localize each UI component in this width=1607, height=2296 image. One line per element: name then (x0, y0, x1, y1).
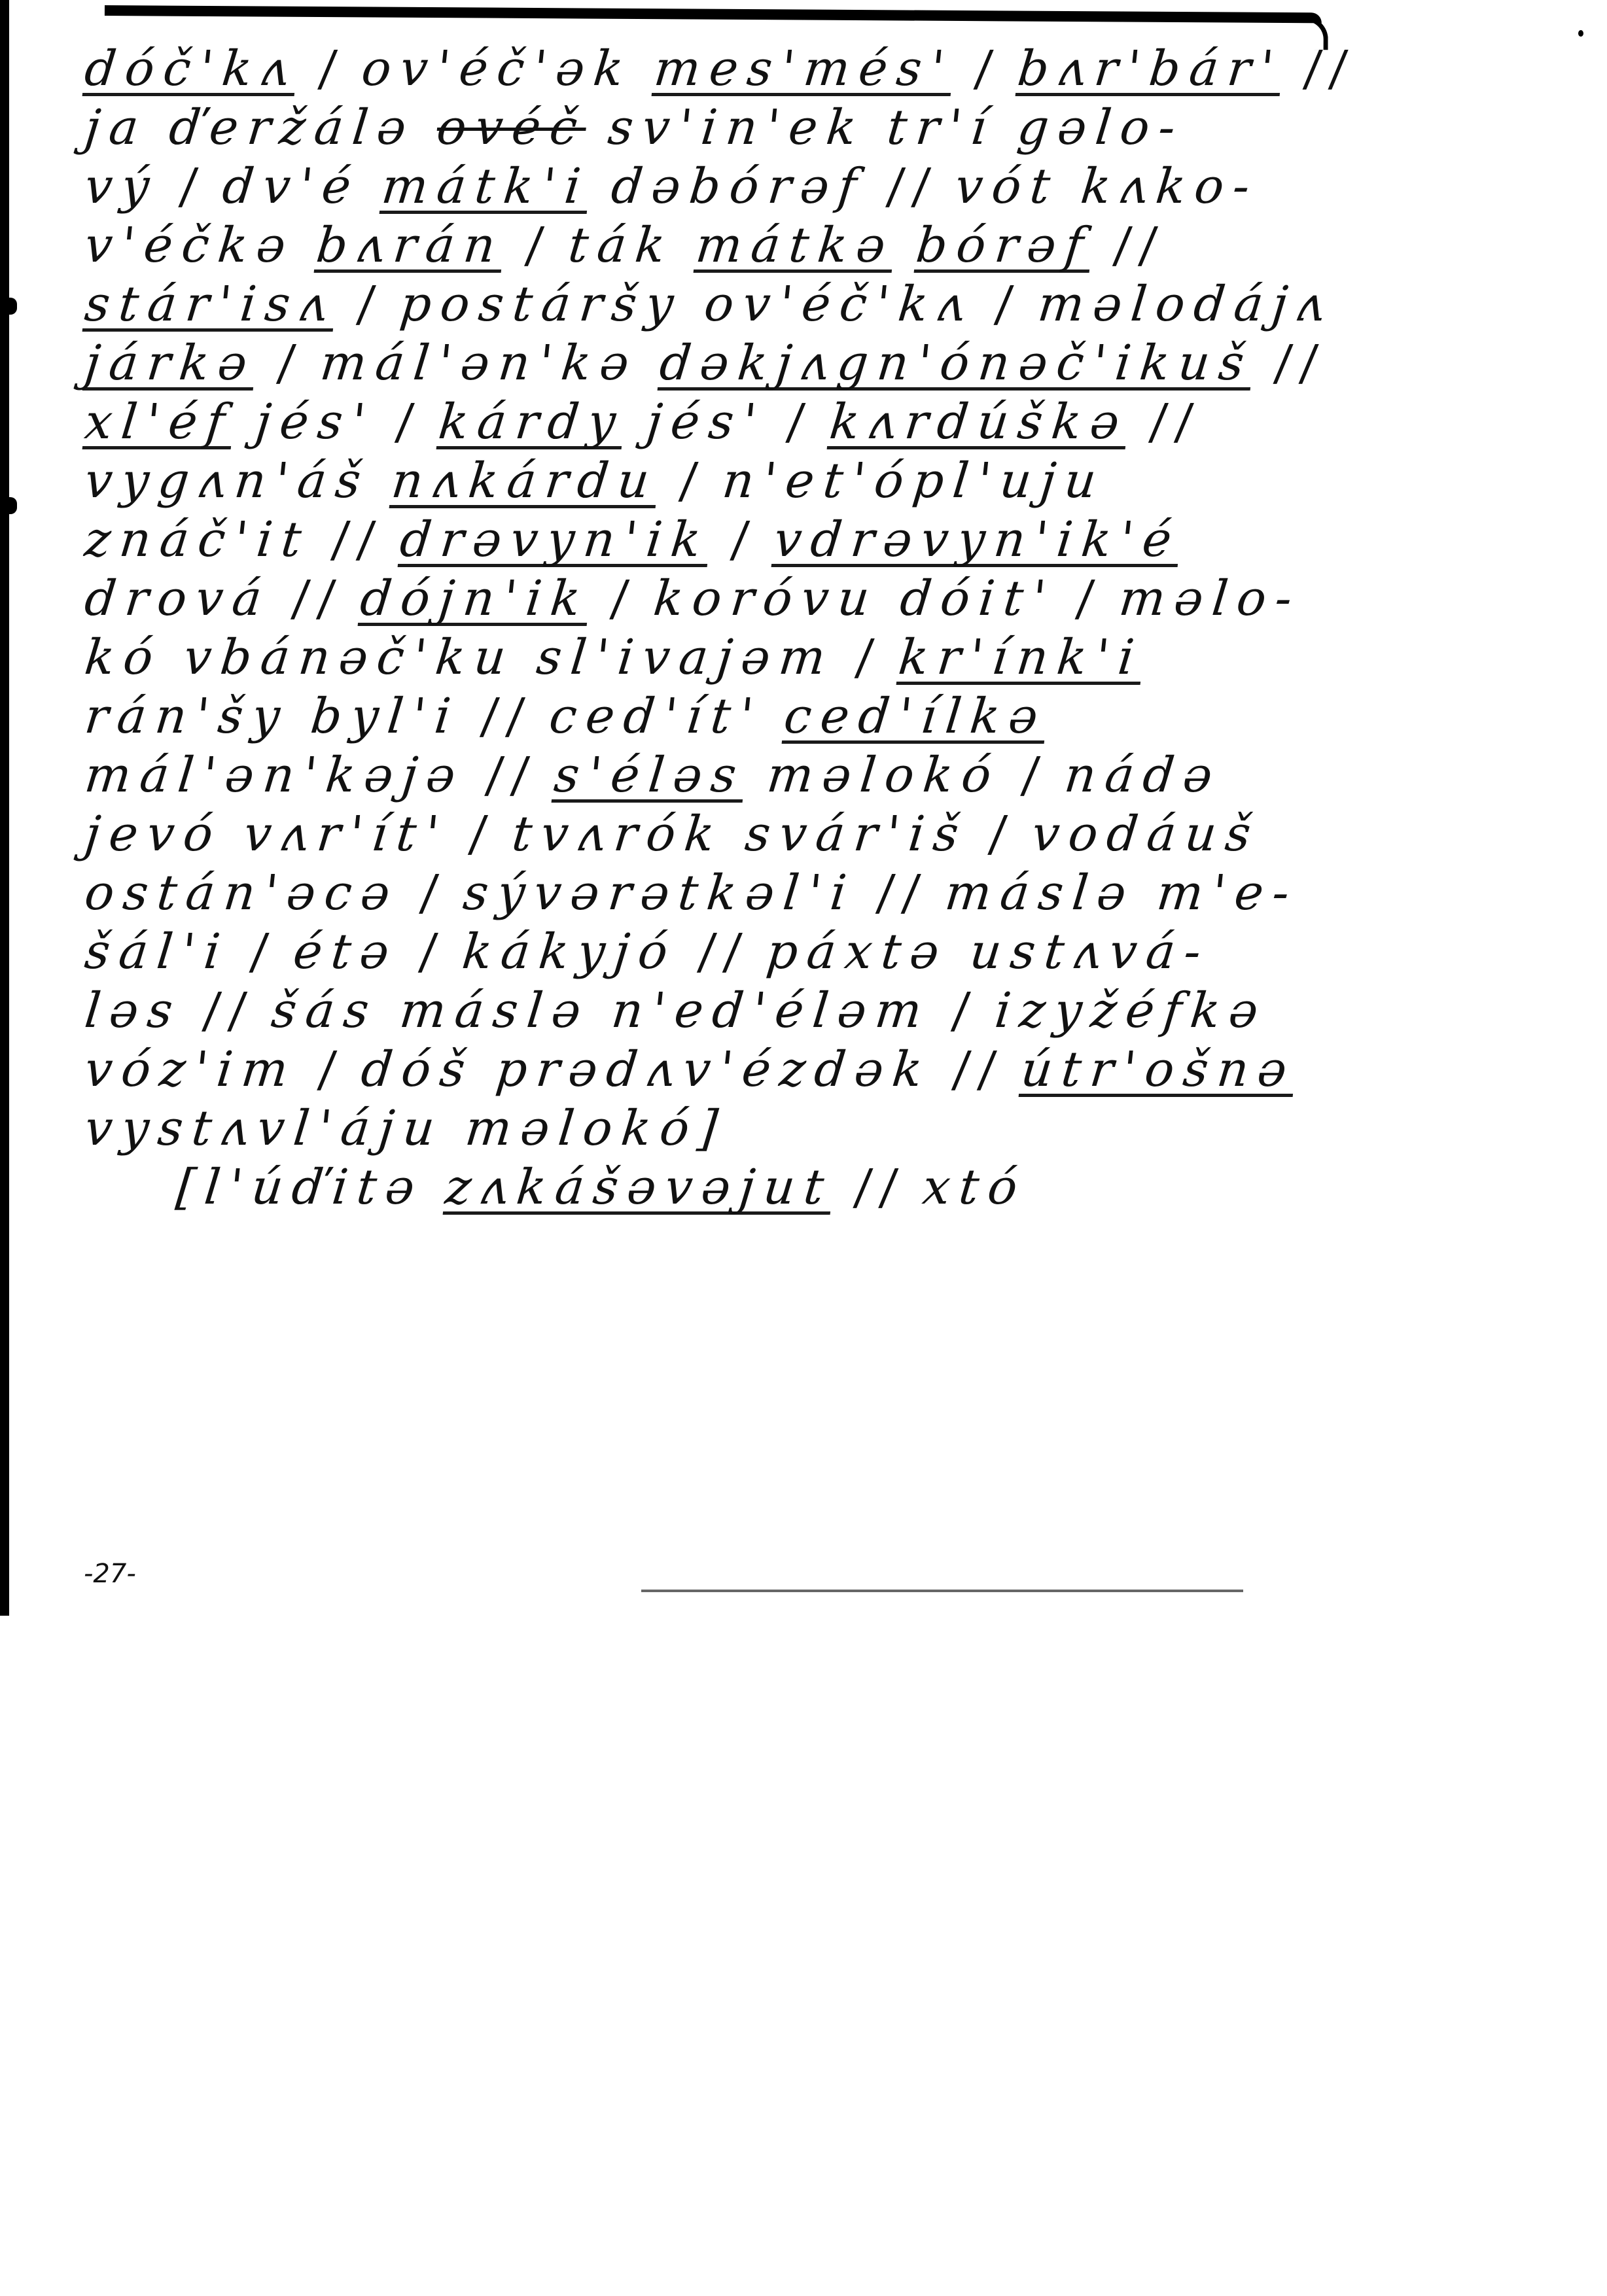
word: dóit' (898, 569, 1058, 628)
phrase-separator: // (885, 157, 942, 216)
word: məlo- (1116, 569, 1304, 628)
word: m'e- (1154, 863, 1301, 922)
underlined-word: bʌr'bár' (1015, 44, 1284, 96)
phrase-separator: // (950, 1040, 1007, 1099)
handwritten-transcription: dóč'kʌ/ov'éč'əkmes'més'/bʌr'bár'//jaďerž… (85, 39, 1328, 1217)
word-separator: / (275, 334, 306, 392)
word: n'et'ópl'uju (720, 451, 1108, 510)
word: vystʌvl'áju (82, 1099, 446, 1158)
word: svár'iš (743, 805, 971, 863)
underlined-word: zʌkášəvəjut (443, 1163, 836, 1215)
word-separator: / (523, 216, 555, 275)
underlined-word: bʌrán (314, 221, 507, 273)
scan-border-top (105, 5, 1322, 23)
text-line: kóvbánəč'kusl'ivajəm/kr'ínk'i (82, 628, 1331, 687)
text-line: dóč'kʌ/ov'éč'əkmes'més'/bʌr'bár'// (82, 39, 1331, 98)
word: nádə (1062, 746, 1224, 805)
word: sývərətkəl'i (461, 863, 858, 922)
word-separator: / (417, 922, 448, 981)
word: vót (953, 157, 1063, 216)
scan-speck (1578, 30, 1583, 37)
word: v'éčkə (82, 216, 297, 275)
phrase-separator: // (696, 922, 752, 981)
word-separator: / (677, 451, 709, 510)
underlined-word: stár'isʌ (82, 280, 338, 332)
scan-border-notch (7, 298, 17, 315)
text-line: jaďeržáləovéčsv'in'ektr'ígəlo- (82, 98, 1331, 157)
scan-border-left (0, 0, 9, 1616)
phrase-separator: // (201, 981, 258, 1040)
word: kó (82, 628, 165, 687)
word: məlokó (764, 746, 1003, 805)
word-separator: / (418, 863, 450, 922)
text-line: v'éčkəbʌrán/tákmátkəbórəf// (82, 216, 1331, 275)
underlined-word: mes'més' (652, 44, 956, 96)
phrase-separator: // (1272, 334, 1329, 392)
phrase-separator: // (329, 510, 386, 569)
word: vygʌn'áš (82, 451, 372, 510)
word: jevó (82, 805, 225, 863)
word: dóš (359, 1040, 477, 1099)
word-separator: / (972, 39, 1004, 98)
word: máslə (942, 863, 1138, 922)
underlined-word: dəkjʌgn'ónəč'ikuš (657, 339, 1255, 391)
word-separator: / (316, 1040, 347, 1099)
word: vbánəč'ku (181, 628, 518, 687)
word: étə (291, 922, 401, 981)
underlined-word: kʌrdúškə (827, 398, 1131, 449)
word: gəlo- (1015, 98, 1188, 157)
word-separator: / (949, 981, 981, 1040)
word: dv'é (220, 157, 363, 216)
text-line: ostán'əcə/sývərətkəl'i//másləm'e- (82, 863, 1331, 922)
text-line: stár'isʌ/postáršyov'éč'kʌ/məlodájʌ (82, 275, 1331, 334)
word-separator: / (177, 157, 209, 216)
phrase-separator: // (484, 746, 540, 805)
phrase-separator: // (1147, 392, 1204, 451)
phrase-separator: // (290, 569, 347, 628)
word: prədʌv'ézdək (493, 1040, 934, 1099)
underlined-word: dóč'kʌ (82, 44, 300, 96)
word: sl'ivajəm (534, 628, 838, 687)
word: rán'šy (82, 687, 292, 746)
word: ov'éč'ək (359, 39, 635, 98)
word: páxtə (764, 922, 951, 981)
word: koróvu (651, 569, 881, 628)
text-line: šál'i/étə/kákyjó//páxtəustʌvá- (82, 922, 1331, 981)
underlined-word: kárdy (436, 398, 627, 449)
word-separator: / (729, 510, 760, 569)
text-line: znáč'it//drəvyn'ik/vdrəvyn'ik'é (82, 510, 1331, 569)
page-number: -27- (84, 1559, 136, 1589)
word-separator: / (317, 39, 348, 98)
word: dəbórəf (609, 157, 868, 216)
word-separator: / (987, 805, 1018, 863)
word: znáč'it (82, 510, 313, 569)
underlined-word: mátk'i (379, 162, 592, 214)
word: xtó (920, 1158, 1029, 1217)
phrase-separator: // (1111, 216, 1168, 275)
text-line: xl'éfjés'/kárdyjés'/kʌrdúškə// (82, 392, 1331, 451)
word: ced'ít' (546, 687, 765, 746)
word: ustʌvá- (967, 922, 1213, 981)
word: postáršy (397, 275, 685, 334)
bottom-rule (641, 1590, 1243, 1592)
text-line: [l'úďitəzʌkášəvəjut//xtó (82, 1158, 1331, 1217)
text-line: ləs//šásmáslən'ed'éləm/izyžéfkə (82, 981, 1331, 1040)
underlined-word: mátkə (694, 221, 897, 273)
word: máslə (397, 981, 593, 1040)
word: ďeržálə (166, 98, 418, 157)
underlined-word: dójn'ik (358, 574, 592, 626)
word: sv'in'ek (605, 98, 868, 157)
word: tvʌrók (509, 805, 726, 863)
word-separator: / (853, 628, 885, 687)
word: ták (566, 216, 677, 275)
underlined-word: kr'ínk'i (896, 633, 1145, 685)
word-separator: / (785, 392, 816, 451)
underlined-word: vdrəvyn'ik'é (771, 515, 1183, 567)
word: mál'ən'kə (317, 334, 641, 392)
phrase-separator: // (874, 863, 931, 922)
word: ov'éč'kʌ (701, 275, 976, 334)
word: byl'i (308, 687, 463, 746)
text-line: járkə/mál'ən'kədəkjʌgn'ónəč'ikuš// (82, 334, 1331, 392)
underlined-word: útr'ošnə (1018, 1045, 1298, 1097)
word: ostán'əcə (82, 863, 402, 922)
phrase-separator: // (478, 687, 535, 746)
word-separator: / (1019, 746, 1051, 805)
phrase-separator: // (852, 1158, 909, 1217)
word-separator: / (609, 569, 640, 628)
word: izyžéfkə (992, 981, 1270, 1040)
word: mál'ən'kəjə (82, 746, 467, 805)
text-line: jevóvʌr'ít'/tvʌróksvár'iš/vodáuš (82, 805, 1331, 863)
text-line: vóz'im/dóšprədʌv'ézdək//útr'ošnə (82, 1040, 1331, 1099)
word: vodáuš (1029, 805, 1263, 863)
word: məlokó] (463, 1099, 730, 1158)
text-line: drová//dójn'ik/koróvudóit'/məlo- (82, 569, 1331, 628)
word: jés' (644, 392, 769, 451)
underlined-word: nʌkárdu (389, 457, 660, 508)
underlined-word: ced'ílkə (781, 692, 1049, 744)
word: šál'i (82, 922, 232, 981)
text-line: rán'šybyl'i//ced'ít'ced'ílkə (82, 687, 1331, 746)
word-separator: / (993, 275, 1024, 334)
word: šás (269, 981, 381, 1040)
text-line: vý/dv'émátk'idəbórəf//vótkʌko- (82, 157, 1331, 216)
word: məlodájʌ (1035, 275, 1336, 334)
phrase-separator: // (1301, 39, 1358, 98)
word: jés' (253, 392, 378, 451)
word: vóz'im (82, 1040, 300, 1099)
scan-border-notch (7, 497, 17, 514)
text-line: mál'ən'kəjə//s'éləsməlokó/nádə (82, 746, 1331, 805)
word: n'ed'éləm (609, 981, 933, 1040)
text-line: vystʌvl'ájuməlokó] (82, 1099, 1331, 1158)
word: vý (82, 157, 161, 216)
word: drová (82, 569, 274, 628)
word-separator: / (467, 805, 498, 863)
word-separator: / (393, 392, 425, 451)
struck-word: ovéč (434, 98, 589, 157)
underlined-word: drəvyn'ik (397, 515, 712, 567)
word: ja (82, 98, 150, 157)
word: ləs (82, 981, 185, 1040)
underlined-word: s'éləs (552, 751, 748, 803)
word: tr'í (884, 98, 998, 157)
word: [l'úďitə (173, 1158, 427, 1217)
underlined-word: bórəf (913, 221, 1095, 273)
word: kʌko- (1078, 157, 1262, 216)
text-line: vygʌn'ášnʌkárdu/n'et'ópl'uju (82, 451, 1331, 510)
word-separator: / (1074, 569, 1105, 628)
underlined-word: járkə (82, 339, 258, 391)
underlined-word: xl'éf (82, 398, 236, 449)
word: vʌr'ít' (241, 805, 451, 863)
word: kákyjó (459, 922, 680, 981)
word-separator: / (355, 275, 386, 334)
word-separator: / (248, 922, 279, 981)
